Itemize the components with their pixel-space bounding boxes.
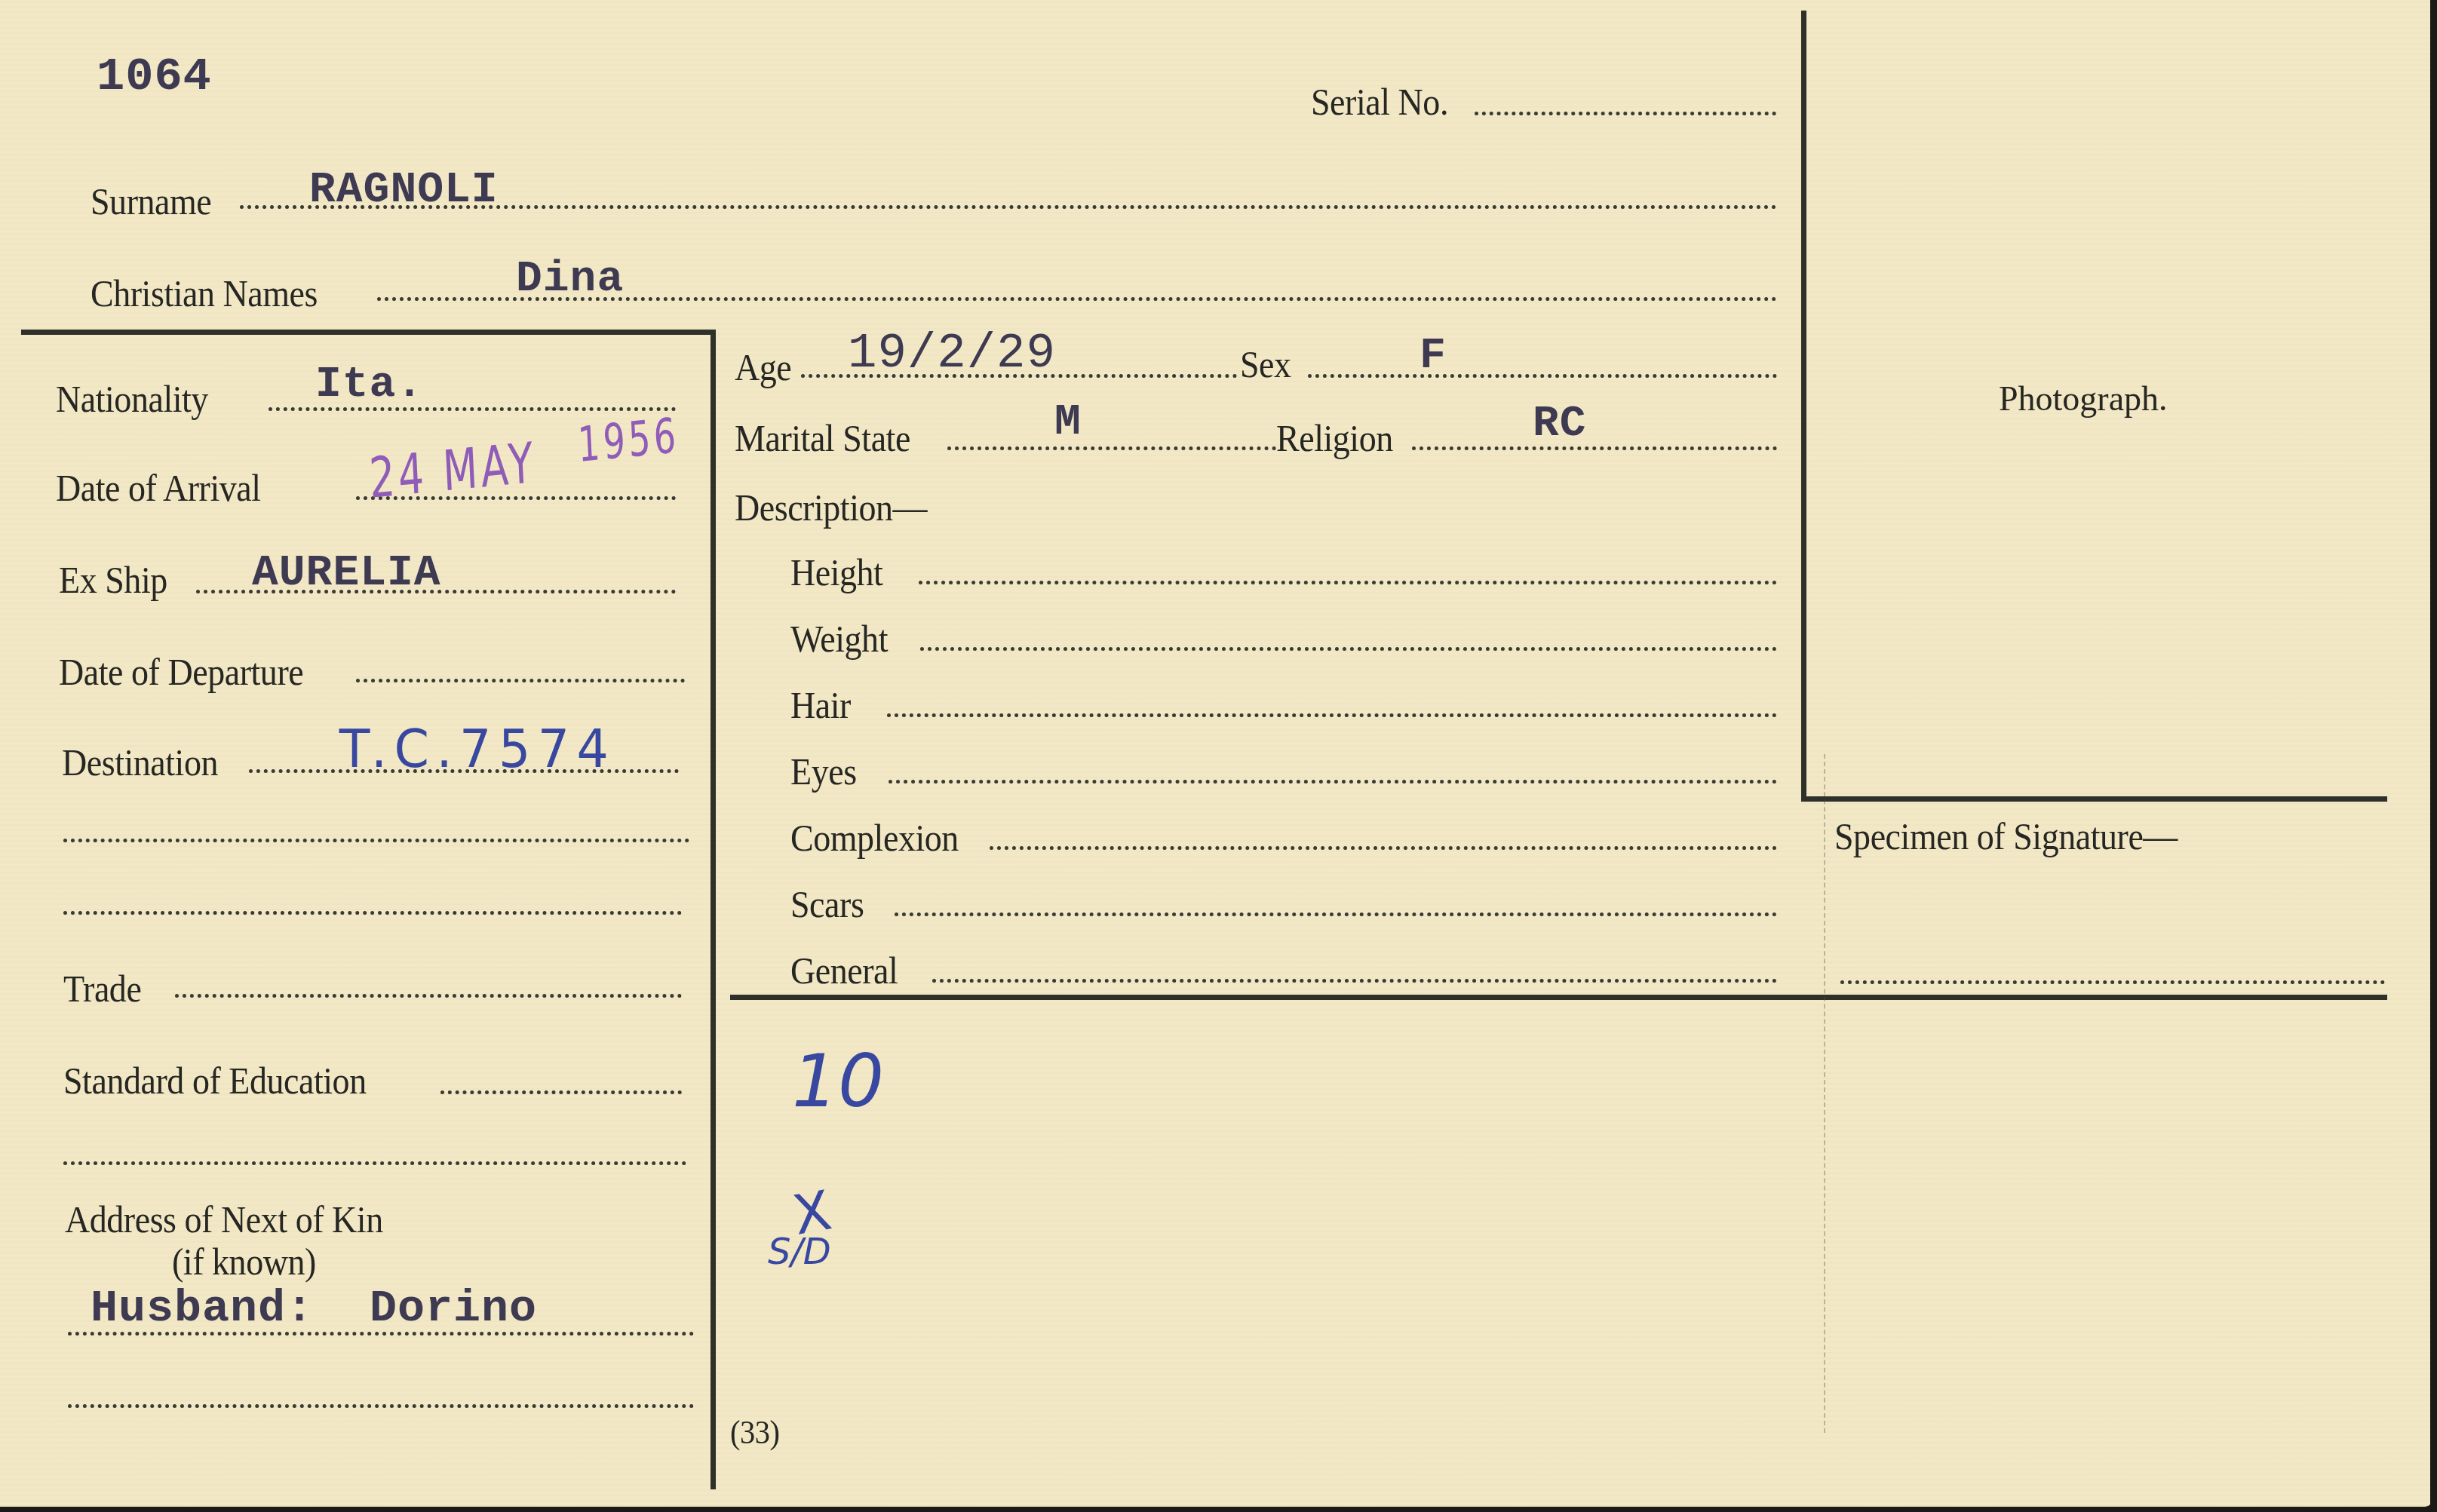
description-weight-field[interactable]: [920, 647, 1777, 651]
standard-of-education-label: Standard of Education: [63, 1059, 367, 1103]
description-hair-field[interactable]: [887, 713, 1777, 717]
description-weight-label: Weight: [790, 617, 888, 661]
photograph-area[interactable]: [1810, 11, 2387, 795]
description-bottom-rule: [730, 995, 2387, 1000]
surname-label: Surname: [91, 179, 211, 223]
description-scars-field[interactable]: [895, 912, 1777, 916]
destination-extra-line-1[interactable]: [63, 839, 689, 842]
description-scars-label: Scars: [790, 882, 864, 926]
signature-label: Specimen of Signature—: [1834, 814, 2178, 858]
marital-state-value: M: [1054, 398, 1082, 447]
sex-field[interactable]: [1308, 374, 1777, 378]
description-eyes-label: Eyes: [790, 750, 857, 793]
sex-label: Sex: [1240, 342, 1291, 386]
trade-field[interactable]: [175, 994, 682, 998]
trade-label: Trade: [63, 967, 141, 1011]
fold-crease: [1824, 754, 1825, 1433]
description-height-label: Height: [790, 551, 882, 594]
destination-extra-line-2[interactable]: [63, 911, 682, 915]
photo-box-bottom-border: [1801, 796, 2387, 802]
signature-field[interactable]: [1840, 980, 2385, 984]
next-of-kin-extra-line[interactable]: [68, 1404, 694, 1408]
christian-names-label: Christian Names: [91, 271, 318, 315]
serial-no-label: Serial No.: [1311, 80, 1448, 124]
next-of-kin-field[interactable]: [68, 1332, 694, 1336]
ex-ship-label: Ex Ship: [59, 558, 167, 602]
description-complexion-field[interactable]: [990, 846, 1777, 850]
destination-value: T.C.7574: [339, 718, 616, 780]
handwritten-number: 10: [792, 1039, 884, 1124]
description-general-field[interactable]: [932, 979, 1777, 983]
description-height-field[interactable]: [919, 581, 1777, 584]
christian-names-value: Dina: [516, 255, 624, 304]
education-extra-line[interactable]: [63, 1161, 686, 1165]
religion-label: Religion: [1276, 416, 1393, 460]
serial-no-field[interactable]: [1475, 112, 1776, 115]
nationality-value: Ita.: [315, 360, 423, 409]
sex-value: F: [1420, 332, 1447, 381]
date-of-departure-field[interactable]: [356, 679, 685, 682]
surname-value: RAGNOLI: [309, 166, 499, 215]
form-number: (33): [730, 1413, 780, 1452]
age-value: 19/2/29: [848, 327, 1056, 382]
handwritten-code: S/D: [768, 1231, 831, 1273]
date-of-arrival-label: Date of Arrival: [56, 466, 261, 510]
description-complexion-label: Complexion: [790, 816, 959, 860]
description-label: Description—: [735, 486, 927, 529]
religion-field[interactable]: [1412, 446, 1777, 450]
ex-ship-value: AURELIA: [252, 549, 441, 598]
next-of-kin-label: Address of Next of Kin: [65, 1198, 383, 1241]
next-of-kin-value: Husband: Dorino: [91, 1284, 537, 1335]
top-left-rule: [21, 330, 713, 335]
age-label: Age: [735, 345, 791, 389]
next-of-kin-sublabel: (if known): [172, 1240, 316, 1284]
immigration-record-card: 1064 Serial No. Surname RAGNOLI Christia…: [0, 0, 2432, 1507]
nationality-label: Nationality: [56, 377, 208, 421]
date-of-departure-label: Date of Departure: [59, 650, 303, 694]
description-eyes-field[interactable]: [889, 780, 1777, 784]
standard-of-education-field[interactable]: [440, 1090, 682, 1094]
card-edge: [2430, 0, 2437, 1512]
description-general-label: General: [790, 949, 898, 992]
marital-state-label: Marital State: [735, 416, 910, 460]
photo-box-left-border: [1801, 11, 1806, 799]
description-hair-label: Hair: [790, 683, 851, 727]
left-column-divider: [711, 330, 716, 1489]
destination-label: Destination: [62, 741, 218, 784]
religion-value: RC: [1533, 400, 1587, 449]
record-number: 1064: [97, 50, 212, 103]
marital-state-field[interactable]: [947, 446, 1276, 450]
arrival-year-stamp: 1956: [576, 408, 680, 474]
